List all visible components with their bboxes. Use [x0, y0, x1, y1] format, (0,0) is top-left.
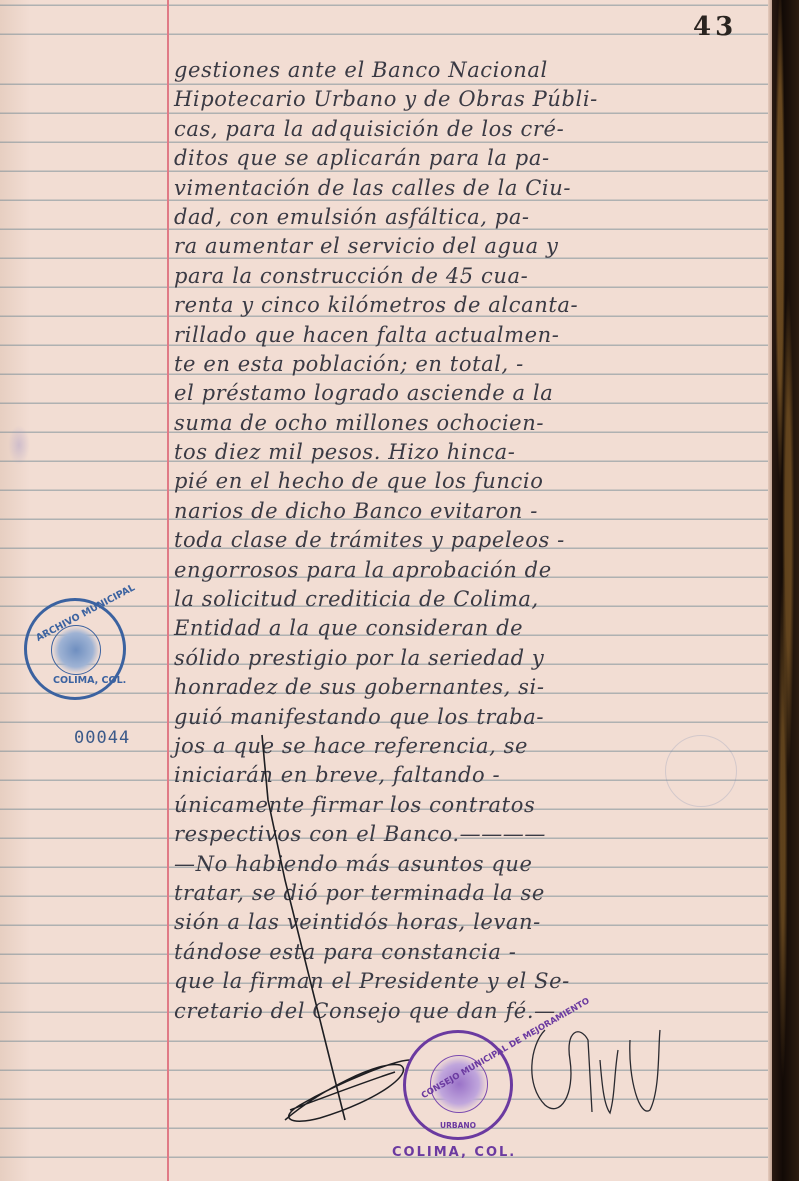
- text-line: que la firman el Presidente y el Se-: [170, 967, 770, 996]
- book-spine: [772, 0, 799, 1181]
- archivo-municipal-stamp: ARCHIVO MUNICIPAL COLIMA, COL.: [24, 598, 126, 700]
- stamp-place-text: COLIMA, COL.: [392, 1145, 516, 1160]
- text-line: Entidad a la que consideran de: [170, 614, 770, 643]
- archive-number: 00044: [74, 728, 130, 748]
- text-line: honradez de sus gobernantes, si-: [170, 673, 770, 702]
- text-line: dad, con emulsión asfáltica, pa-: [170, 203, 770, 232]
- stamp-bottom-text: COLIMA, COL.: [53, 675, 126, 686]
- text-line: tándose esta para constancia -: [170, 938, 770, 967]
- page-number: 43: [693, 12, 737, 42]
- consejo-municipal-stamp: CONSEJO MUNICIPAL DE MEJORAMIENTO URBANO: [403, 1030, 513, 1140]
- text-line: te en esta población; en total, -: [170, 350, 770, 379]
- text-line: cretario del Consejo que dan fé.—: [170, 997, 770, 1026]
- text-line: gestiones ante el Banco Nacional: [170, 56, 770, 85]
- text-line: ditos que se aplicarán para la pa-: [170, 144, 770, 173]
- text-line: respectivos con el Banco.————: [170, 820, 770, 849]
- text-line: Hipotecario Urbano y de Obras Públi-: [170, 85, 770, 114]
- text-line: engorrosos para la aprobación de: [170, 556, 770, 585]
- text-line: únicamente firmar los contratos: [170, 791, 770, 820]
- stamp-bottom-text: URBANO: [440, 1121, 476, 1130]
- text-line: rillado que hacen falta actualmen-: [170, 321, 770, 350]
- text-line: renta y cinco kilómetros de alcanta-: [170, 291, 770, 320]
- text-line: vimentación de las calles de la Ciu-: [170, 174, 770, 203]
- text-line: toda clase de trámites y papeleos -: [170, 526, 770, 555]
- text-line: pié en el hecho de que los funcio: [170, 467, 770, 496]
- ledger-page: 43 gestiones ante el Banco Nacional Hipo…: [0, 0, 799, 1181]
- text-line: el préstamo logrado asciende a la: [170, 379, 770, 408]
- text-line: sólido prestigio por la seriedad y: [170, 644, 770, 673]
- text-line: sión a las veintidós horas, levan-: [170, 908, 770, 937]
- text-line: para la construcción de 45 cua-: [170, 262, 770, 291]
- text-line: narios de dicho Banco evitaron -: [170, 497, 770, 526]
- ink-smudge: [8, 425, 30, 465]
- text-line: suma de ocho millones ochocien-: [170, 409, 770, 438]
- text-line: jos a que se hace referencia, se: [170, 732, 770, 761]
- text-line: —No habiendo más asuntos que: [170, 850, 770, 879]
- text-line: guió manifestando que los traba-: [170, 703, 770, 732]
- handwritten-text: gestiones ante el Banco Nacional Hipotec…: [170, 56, 770, 1026]
- red-margin-line: [167, 0, 169, 1181]
- text-line: iniciarán en breve, faltando -: [170, 761, 770, 790]
- text-line: la solicitud crediticia de Colima,: [170, 585, 770, 614]
- text-line: ra aumentar el servicio del agua y: [170, 232, 770, 261]
- text-line: tratar, se dió por terminada la se: [170, 879, 770, 908]
- text-line: tos diez mil pesos. Hizo hinca-: [170, 438, 770, 467]
- text-line: cas, para la adquisición de los cré-: [170, 115, 770, 144]
